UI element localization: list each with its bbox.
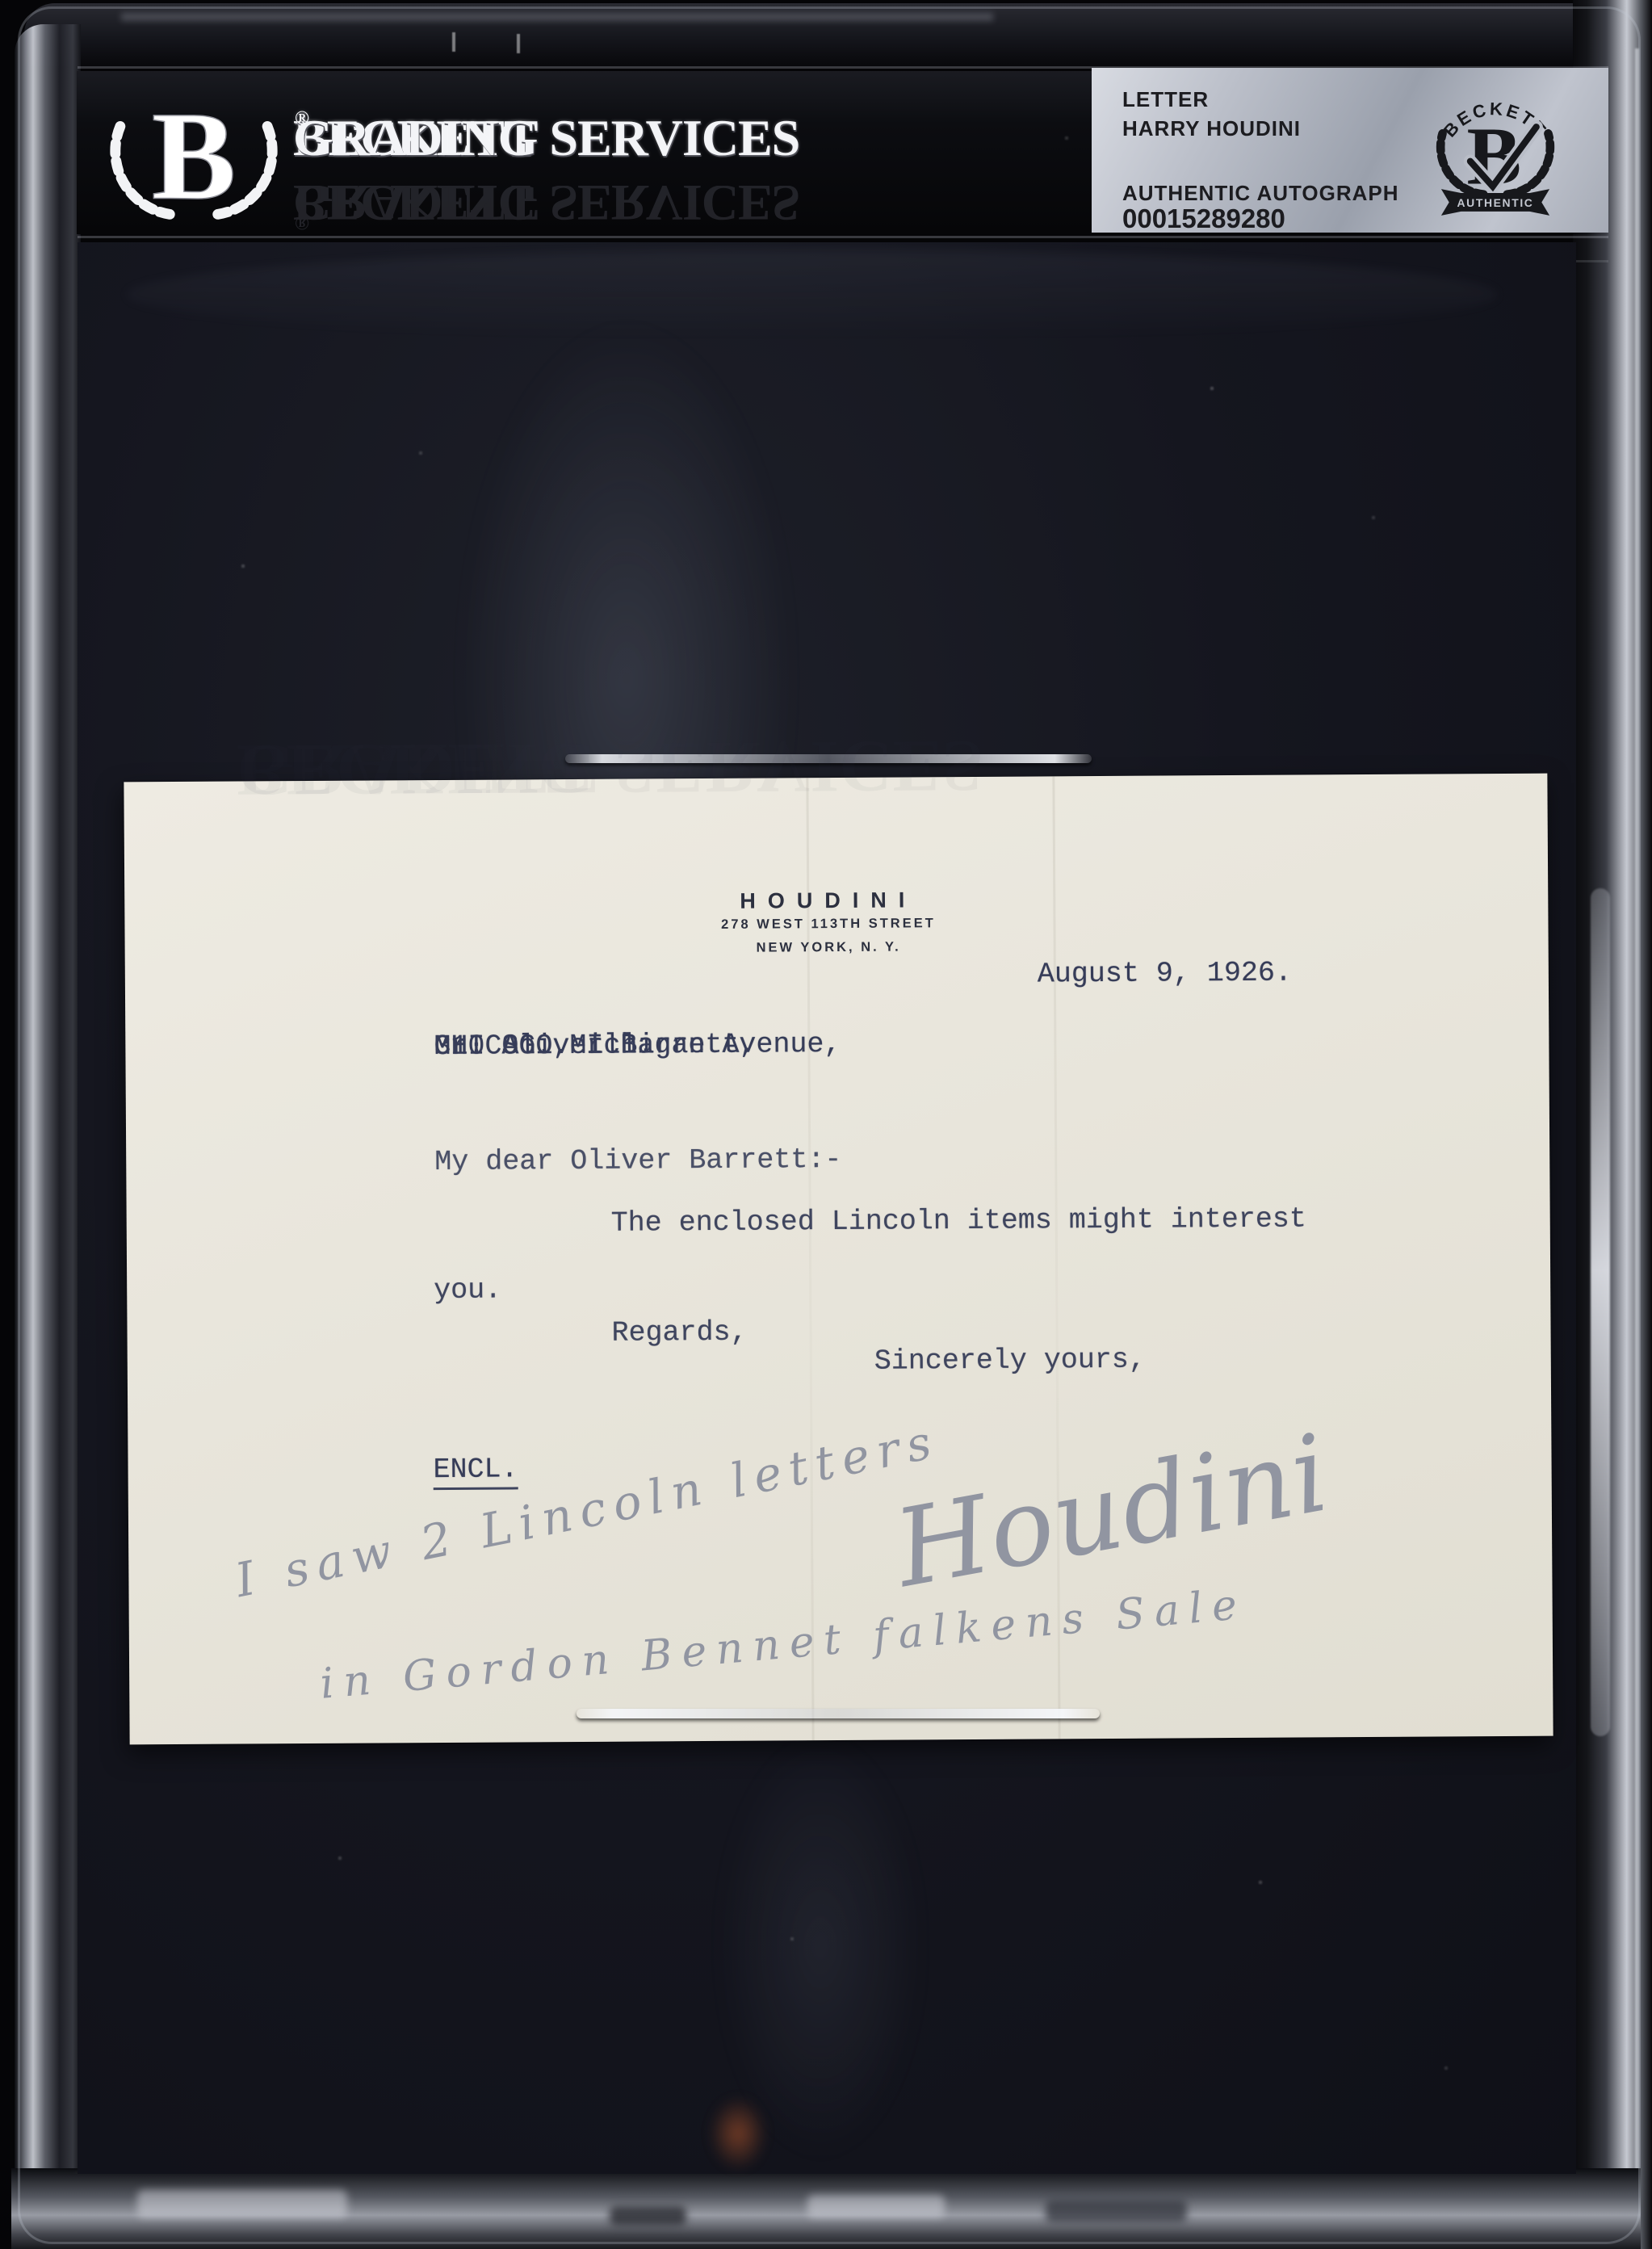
subject-name: HARRY HOUDINI <box>1122 116 1301 141</box>
dust-specks <box>0 0 2 2</box>
beckett-monogram: B <box>152 86 237 226</box>
certification-label: LETTER HARRY HOUDINI AUTHENTIC AUTOGRAPH… <box>1092 68 1608 233</box>
beckett-authentic-seal-icon: BECKETT B AUTHENTIC <box>1423 81 1568 218</box>
cert-number: 00015289280 <box>1122 204 1285 233</box>
reflection-spot <box>709 2096 767 2171</box>
beckett-b-laurel-icon: B <box>98 76 290 229</box>
item-type: LETTER <box>1122 87 1209 112</box>
brand-suffix: GRADING SERVICES <box>293 108 799 168</box>
handwritten-note-line2: in Gordon Bennet falkens Sale <box>318 1580 1248 1709</box>
label-bottom-seam <box>78 236 1608 238</box>
seal-banner-text: AUTHENTIC <box>1457 196 1534 209</box>
houdini-letter: BECKETT GRADING SERVICES HOUDINI 278 WES… <box>124 774 1553 1745</box>
grading-label-title-reflection: BECKETT®GRADING SERVICES <box>293 186 1084 233</box>
acrylic-sheen <box>126 250 1499 339</box>
slab-photo: B BECKETT®GRADING SERVICES BECKETT®GRADI… <box>0 0 1652 2249</box>
authentication-designation: AUTHENTIC AUTOGRAPH <box>1122 181 1399 206</box>
handwritten-note-line1: I saw 2 Lincoln letters <box>230 1413 944 1608</box>
pencil-annotations: I saw 2 Lincoln letters Houdini in Gordo… <box>124 774 1553 1745</box>
beckett-grading-label: B BECKETT®GRADING SERVICES BECKETT®GRADI… <box>77 71 1092 234</box>
houdini-signature: Houdini <box>885 1411 1338 1612</box>
document-holder-clip-bottom <box>577 1709 1100 1718</box>
